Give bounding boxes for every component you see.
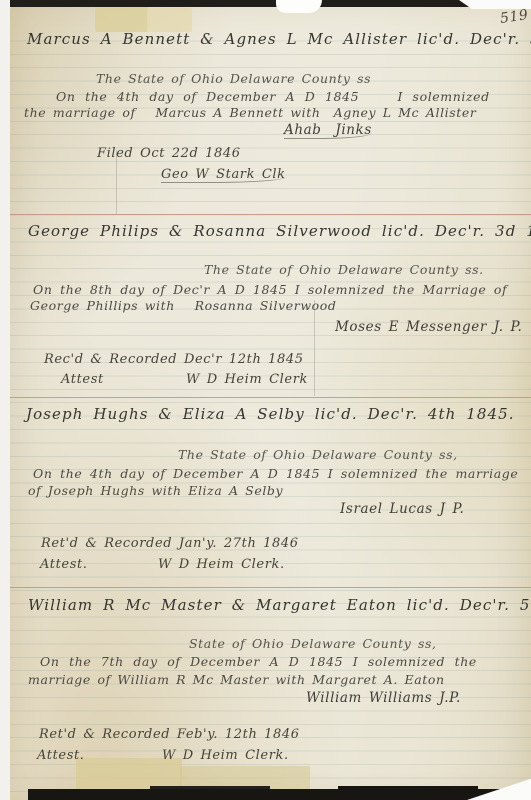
- entry-2-clerk-signature: W D Heim Clerk: [186, 372, 308, 387]
- entry-3-clerk-signature: W D Heim Clerk.: [158, 557, 285, 572]
- entry-divider: [10, 587, 531, 588]
- entry-3-recorded-line: Ret'd & Recorded Jan'y. 27th 1846: [41, 536, 299, 551]
- entry-1-filed-line: Filed Oct 22d 1846: [97, 146, 241, 161]
- entry-1-clerk-signature: Geo W Stark Clk: [161, 167, 286, 183]
- entry-3-attest-label: Attest.: [40, 557, 88, 572]
- entry-2-body-line-2: George Phillips with Rosanna Silverwood: [30, 298, 336, 313]
- entry-2-recorded-line: Rec'd & Recorded Dec'r 12th 1845: [44, 352, 304, 367]
- entry-1-officiant-signature: Ahab Jinks: [284, 122, 372, 139]
- photo-bottom-edge: [28, 789, 531, 800]
- entry-4-officiant-signature: William Williams J.P.: [306, 690, 461, 706]
- entry-2-attest-label: Attest: [61, 372, 104, 387]
- photo-top-notch: [276, 0, 322, 13]
- entry-2-officiant-signature: Moses E Messenger J. P.: [335, 319, 522, 335]
- photo-top-edge: [0, 0, 531, 7]
- entry-divider: [10, 214, 531, 215]
- entry-3-body-line-2: of Joseph Hughs with Eliza A Selby: [28, 483, 283, 498]
- entry-4-heading: William R Mc Master & Margaret Eaton lic…: [28, 596, 531, 614]
- tape-patch: [95, 6, 148, 32]
- entry-4-state-line: State of Ohio Delaware County ss,: [189, 636, 437, 651]
- entry-4-recorded-line: Ret'd & Recorded Feb'y. 12th 1846: [39, 727, 300, 742]
- entry-4-body-line-1: On the 7th day of December A D 1845 I so…: [40, 654, 477, 669]
- entry-2-state-line: The State of Ohio Delaware County ss.: [204, 262, 484, 277]
- paper-crease: [314, 300, 315, 396]
- entry-1-state-line: The State of Ohio Delaware County ss: [96, 71, 371, 86]
- entry-3-state-line: The State of Ohio Delaware County ss,: [178, 447, 458, 462]
- entry-2-heading: George Philips & Rosanna Silverwood lic'…: [28, 222, 531, 240]
- entry-4-clerk-signature: W D Heim Clerk.: [162, 748, 289, 763]
- entry-4-body-line-2: marriage of William R Mc Master with Mar…: [28, 672, 445, 687]
- tape-patch: [147, 8, 192, 32]
- entry-4-attest-label: Attest.: [37, 748, 85, 763]
- entry-2-body-line-1: On the 8th day of Dec'r A D 1845 I solem…: [33, 282, 507, 297]
- scanned-ledger-photo: 519 Marcus A Bennett & Agnes L Mc Allist…: [0, 0, 531, 800]
- entry-1-heading: Marcus A Bennett & Agnes L Mc Allister l…: [27, 30, 531, 48]
- entry-1-body-line-1: On the 4th day of December A D 1845 I so…: [56, 89, 490, 104]
- entry-3-officiant-signature: Israel Lucas J P.: [340, 501, 464, 517]
- photo-left-margin: [0, 0, 10, 800]
- entry-divider: [10, 397, 531, 398]
- entry-3-body-line-1: On the 4th day of December A D 1845 I so…: [33, 466, 518, 481]
- entry-3-heading: Joseph Hughs & Eliza A Selby lic'd. Dec'…: [26, 405, 515, 423]
- entry-1-body-line-2: the marriage of Marcus A Bennett with Ag…: [24, 105, 476, 120]
